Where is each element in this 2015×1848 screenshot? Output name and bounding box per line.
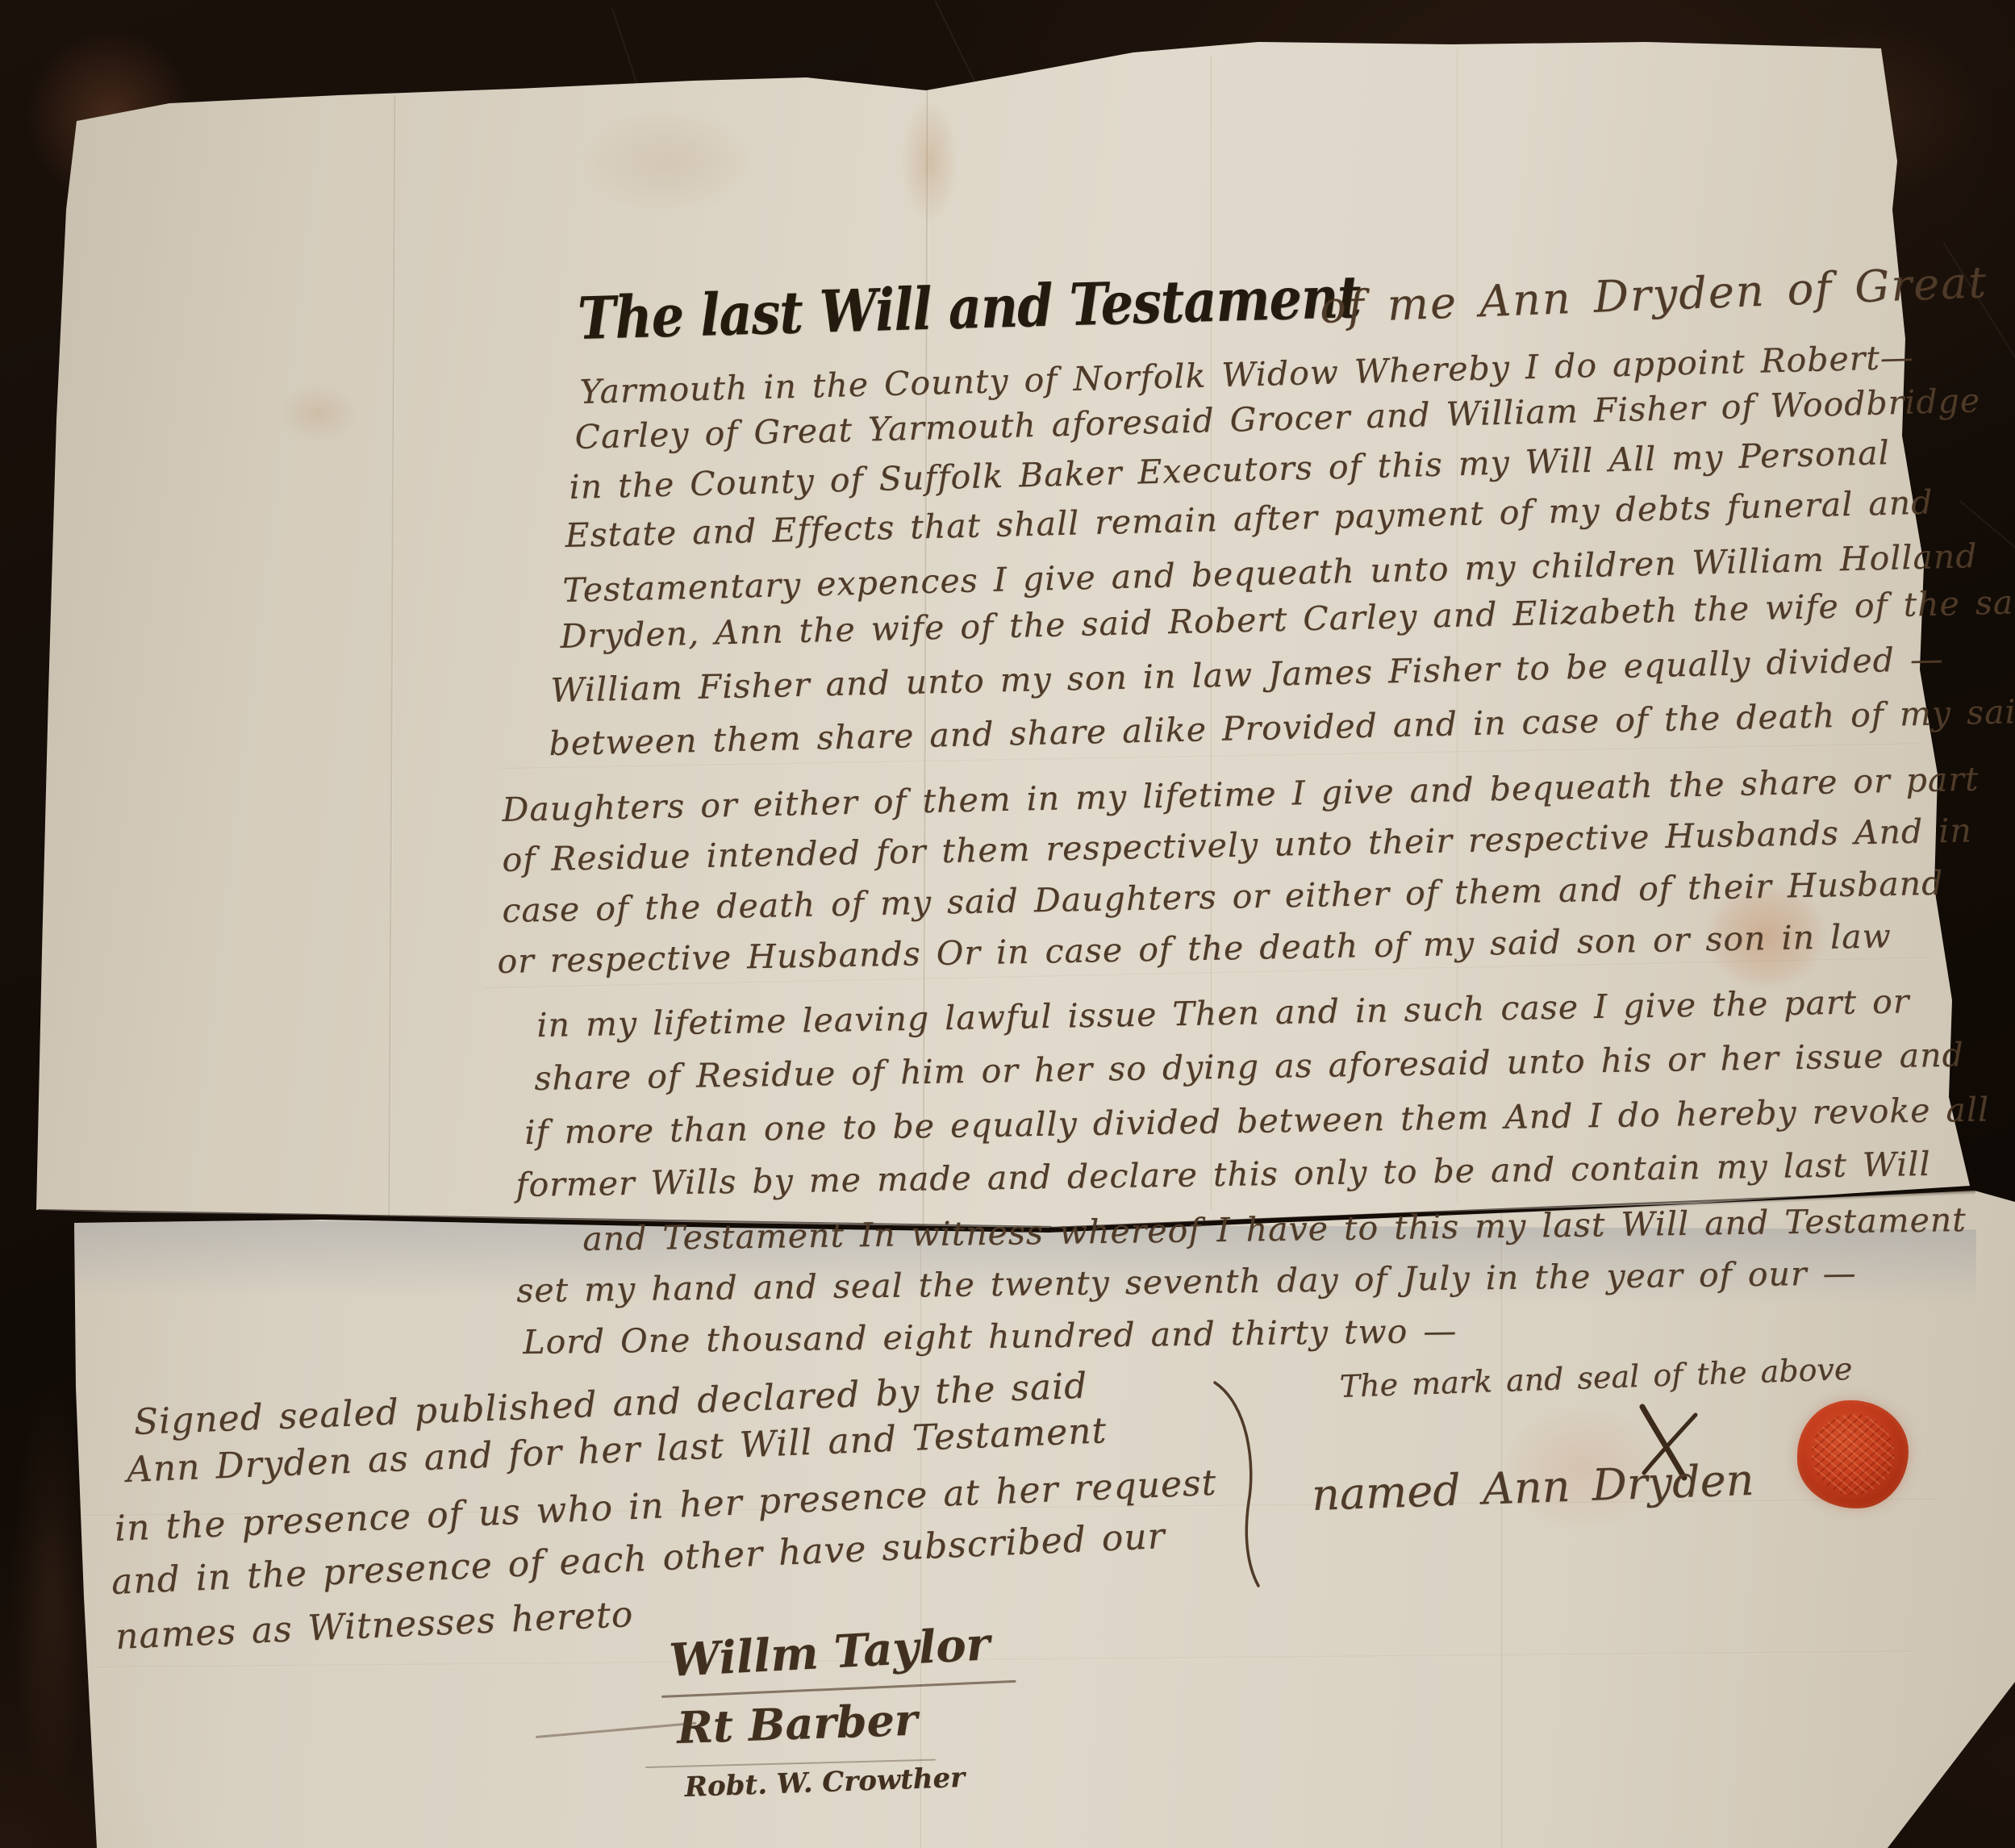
will-text-line: share of Residue of him or her so dying … bbox=[534, 1036, 1964, 1098]
mark-block-line2: named Ann Dryden bbox=[1311, 1454, 1754, 1521]
will-document-photo: The last Will and Testament of me Ann Dr… bbox=[0, 0, 2015, 1848]
will-text-line: names as Witnesses hereto bbox=[115, 1594, 634, 1658]
witness-signature-2: Rt Barber bbox=[676, 1694, 918, 1754]
will-title-continuation: of me Ann Dryden of Great bbox=[1319, 257, 1988, 333]
will-text-line: and Testament In witness whereof I have … bbox=[582, 1200, 1967, 1258]
signature-flourish bbox=[536, 1722, 697, 1738]
wax-seal bbox=[1797, 1400, 1909, 1508]
will-text-line: set my hand and seal the twenty seventh … bbox=[516, 1254, 1857, 1310]
will-text-line: or respective Husbands Or in case of the… bbox=[497, 916, 1892, 981]
witness-signature-3: Robt. W. Crowther bbox=[684, 1762, 966, 1804]
manuscript-text: The last Will and Testament of me Ann Dr… bbox=[0, 0, 2015, 1848]
will-text-line: in my lifetime leaving lawful issue Then… bbox=[536, 982, 1910, 1045]
will-text-line: Lord One thousand eight hundred and thir… bbox=[523, 1312, 1458, 1362]
attestation-brace bbox=[1208, 1381, 1265, 1589]
mark-block-line1: The mark and seal of the above bbox=[1339, 1351, 1853, 1404]
will-text-line: former Wills by me made and declare this… bbox=[515, 1145, 1931, 1204]
will-title: The last Will and Testament bbox=[577, 262, 1362, 352]
will-text-line: if more than one to be equally divided b… bbox=[524, 1090, 1989, 1152]
witness-signature-1: Willm Taylor bbox=[668, 1617, 991, 1687]
